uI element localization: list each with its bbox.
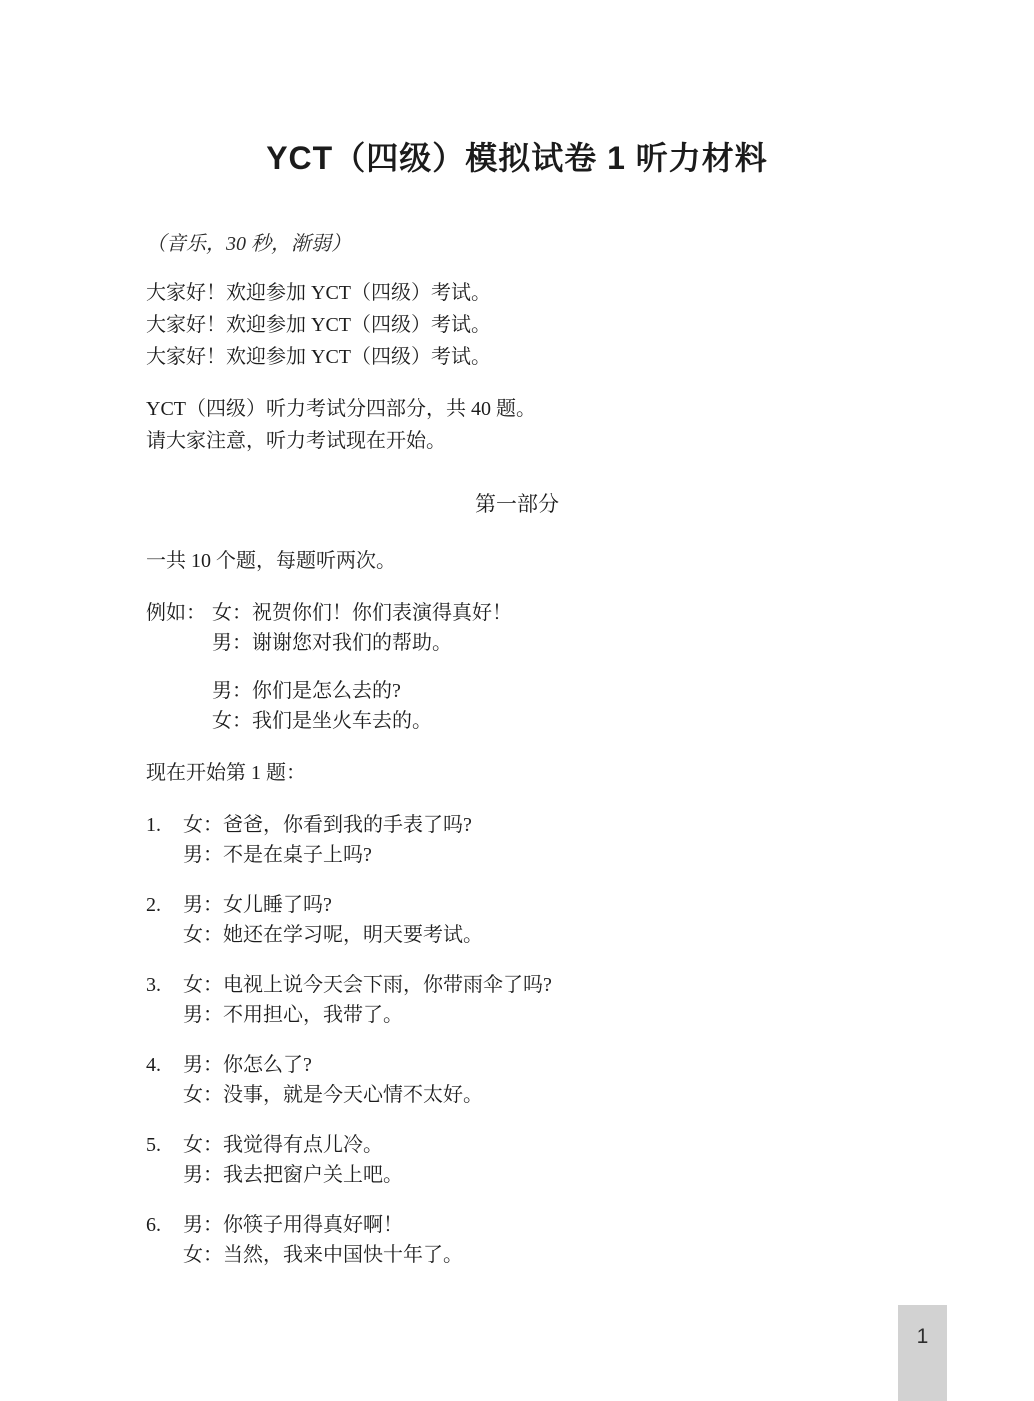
greeting-line: 大家好！欢迎参加 YCT（四级）考试。 [146,309,1034,341]
example-block: 例如： 女：祝贺你们！你们表演得真好！男：谢谢您对我们的帮助。男：你们是怎么去的… [146,598,1034,736]
question-items: 1.女：爸爸，你看到我的手表了吗?男：不是在桌子上吗?2.男：女儿睡了吗?女：她… [146,810,1034,1270]
question-dialog: 女：电视上说今天会下雨，你带雨伞了吗?男：不用担心，我带了。 [183,970,1034,1030]
dialog-line: 男：不是在桌子上吗? [183,840,1034,870]
section-instruction: 一共 10 个题，每题听两次。 [146,546,1034,576]
dialog-line: 男：女儿睡了吗? [183,890,1034,920]
stage-direction: （音乐，30 秒，渐弱） [146,229,1034,259]
example-dialog: 男：你们是怎么去的?女：我们是坐火车去的。 [212,676,1034,736]
question-dialog: 男：女儿睡了吗?女：她还在学习呢，明天要考试。 [183,890,1034,950]
question-number: 6. [146,1210,183,1270]
dialog-line: 男：不用担心，我带了。 [183,1000,1034,1030]
page-number: 1 [917,1325,929,1349]
question-dialog: 女：我觉得有点儿冷。男：我去把窗户关上吧。 [183,1130,1034,1190]
example-dialogs: 女：祝贺你们！你们表演得真好！男：谢谢您对我们的帮助。男：你们是怎么去的?女：我… [212,598,1034,736]
dialog-line: 女：我觉得有点儿冷。 [183,1130,1034,1160]
greeting-lines: 大家好！欢迎参加 YCT（四级）考试。大家好！欢迎参加 YCT（四级）考试。大家… [146,277,1034,373]
example-dialog: 女：祝贺你们！你们表演得真好！男：谢谢您对我们的帮助。 [212,598,1034,658]
dialog-line: 男：你们是怎么去的? [212,676,1034,706]
dialog-line: 女：我们是坐火车去的。 [212,706,1034,736]
question-dialog: 男：你怎么了?女：没事，就是今天心情不太好。 [183,1050,1034,1110]
greeting-line: 大家好！欢迎参加 YCT（四级）考试。 [146,341,1034,373]
dialog-line: 女：没事，就是今天心情不太好。 [183,1080,1034,1110]
question-number: 3. [146,970,183,1030]
question-item: 2.男：女儿睡了吗?女：她还在学习呢，明天要考试。 [146,890,1034,950]
question-number: 1. [146,810,183,870]
question-item: 4.男：你怎么了?女：没事，就是今天心情不太好。 [146,1050,1034,1110]
page-title: YCT（四级）模拟试卷 1 听力材料 [0,136,1034,180]
question-number: 4. [146,1050,183,1110]
section-heading: 第一部分 [0,489,1034,519]
dialog-line: 女：祝贺你们！你们表演得真好！ [212,598,1034,628]
page-number-box: 1 [898,1305,947,1401]
dialog-line: 男：你怎么了? [183,1050,1034,1080]
dialog-line: 男：谢谢您对我们的帮助。 [212,628,1034,658]
dialog-line: 女：电视上说今天会下雨，你带雨伞了吗? [183,970,1034,1000]
dialog-line: 男：我去把窗户关上吧。 [183,1160,1034,1190]
intro-line: YCT（四级）听力考试分四部分，共 40 题。 [146,393,1034,425]
question-item: 6.男：你筷子用得真好啊！女：当然，我来中国快十年了。 [146,1210,1034,1270]
question-number: 5. [146,1130,183,1190]
document-page: YCT（四级）模拟试卷 1 听力材料 （音乐，30 秒，渐弱） 大家好！欢迎参加… [0,0,1034,1401]
intro-lines: YCT（四级）听力考试分四部分，共 40 题。请大家注意，听力考试现在开始。 [146,393,1034,457]
question-item: 3.女：电视上说今天会下雨，你带雨伞了吗?男：不用担心，我带了。 [146,970,1034,1030]
dialog-line: 女：爸爸，你看到我的手表了吗? [183,810,1034,840]
intro-line: 请大家注意，听力考试现在开始。 [146,425,1034,457]
dialog-line: 男：你筷子用得真好啊！ [183,1210,1034,1240]
question-item: 1.女：爸爸，你看到我的手表了吗?男：不是在桌子上吗? [146,810,1034,870]
dialog-line: 女：她还在学习呢，明天要考试。 [183,920,1034,950]
question-item: 5.女：我觉得有点儿冷。男：我去把窗户关上吧。 [146,1130,1034,1190]
example-label: 例如： [146,598,206,628]
greeting-line: 大家好！欢迎参加 YCT（四级）考试。 [146,277,1034,309]
question-dialog: 男：你筷子用得真好啊！女：当然，我来中国快十年了。 [183,1210,1034,1270]
question-dialog: 女：爸爸，你看到我的手表了吗?男：不是在桌子上吗? [183,810,1034,870]
dialog-line: 女：当然，我来中国快十年了。 [183,1240,1034,1270]
question-number: 2. [146,890,183,950]
start-line: 现在开始第 1 题： [146,758,1034,788]
